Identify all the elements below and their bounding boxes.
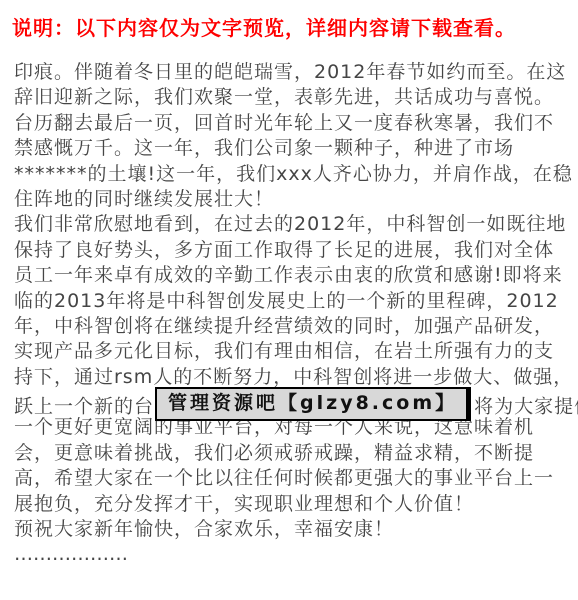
body-line: 我们非常欣慰地看到，在过去的2012年，中科智创一如既往地 xyxy=(14,212,568,237)
body-line: 辞旧迎新之际，我们欢聚一堂，表彰先进，共话成功与喜悦。 xyxy=(14,85,568,110)
preview-notice: 说明：以下内容仅为文字预览，详细内容请下载查看。 xyxy=(12,16,566,40)
body-line: 台历翻去最后一页，回首时光年轮上又一度春秋寒暑，我们不 xyxy=(14,111,568,136)
body-line: 禁感慨万千。这一年，我们公司象一颗种子，种进了市场 xyxy=(14,136,568,161)
body-text-before-watermark: 跃上一个新的台 xyxy=(14,396,154,418)
body-line: 会，更意味着挑战，我们必须戒骄戒躁，精益求精，不断提 xyxy=(14,441,568,466)
body-line: 临的2013年将是中科智创发展史上的一个新的里程碑，2012 xyxy=(14,289,568,314)
ellipsis-row: ……………… xyxy=(14,542,568,567)
body-line: 住阵地的同时继续发展壮大！ xyxy=(14,187,568,212)
body-line: 保持了良好势头，多方面工作取得了长足的进展，我们对全体 xyxy=(14,238,568,263)
watermark-badge[interactable]: 管理资源吧【glzy8.com】 xyxy=(155,387,471,421)
body-line-with-watermark: 跃上一个新的台管理资源吧【glzy8.com】将为大家提供 xyxy=(14,390,568,415)
body-line: 预祝大家新年愉快，合家欢乐，幸福安康！ xyxy=(14,517,568,542)
body-line: 高，希望大家在一个比以往任何时候都更强大的事业平台上一 xyxy=(14,466,568,491)
body-line: 员工一年来卓有成效的辛勤工作表示由衷的欣赏和感谢!即将来 xyxy=(14,263,568,288)
body-line: 展抱负，充分发挥才干，实现职业理想和个人价值！ xyxy=(14,492,568,517)
body-line: 年，中科智创将在继续提升经营绩效的同时，加强产品研发， xyxy=(14,314,568,339)
body-line: 印痕。伴随着冬日里的皑皑瑞雪，2012年春节如约而至。在这 xyxy=(14,60,568,85)
document-preview: 印痕。伴随着冬日里的皑皑瑞雪，2012年春节如约而至。在这 辞旧迎新之际，我们欢… xyxy=(14,60,568,568)
body-text-after-watermark: 将为大家提供 xyxy=(474,396,578,418)
body-line: *******的土壤!这一年，我们xxx人齐心协力，并肩作战，在稳 xyxy=(14,162,568,187)
body-line: 实现产品多元化目标，我们有理由相信，在岩土所强有力的支 xyxy=(14,339,568,364)
